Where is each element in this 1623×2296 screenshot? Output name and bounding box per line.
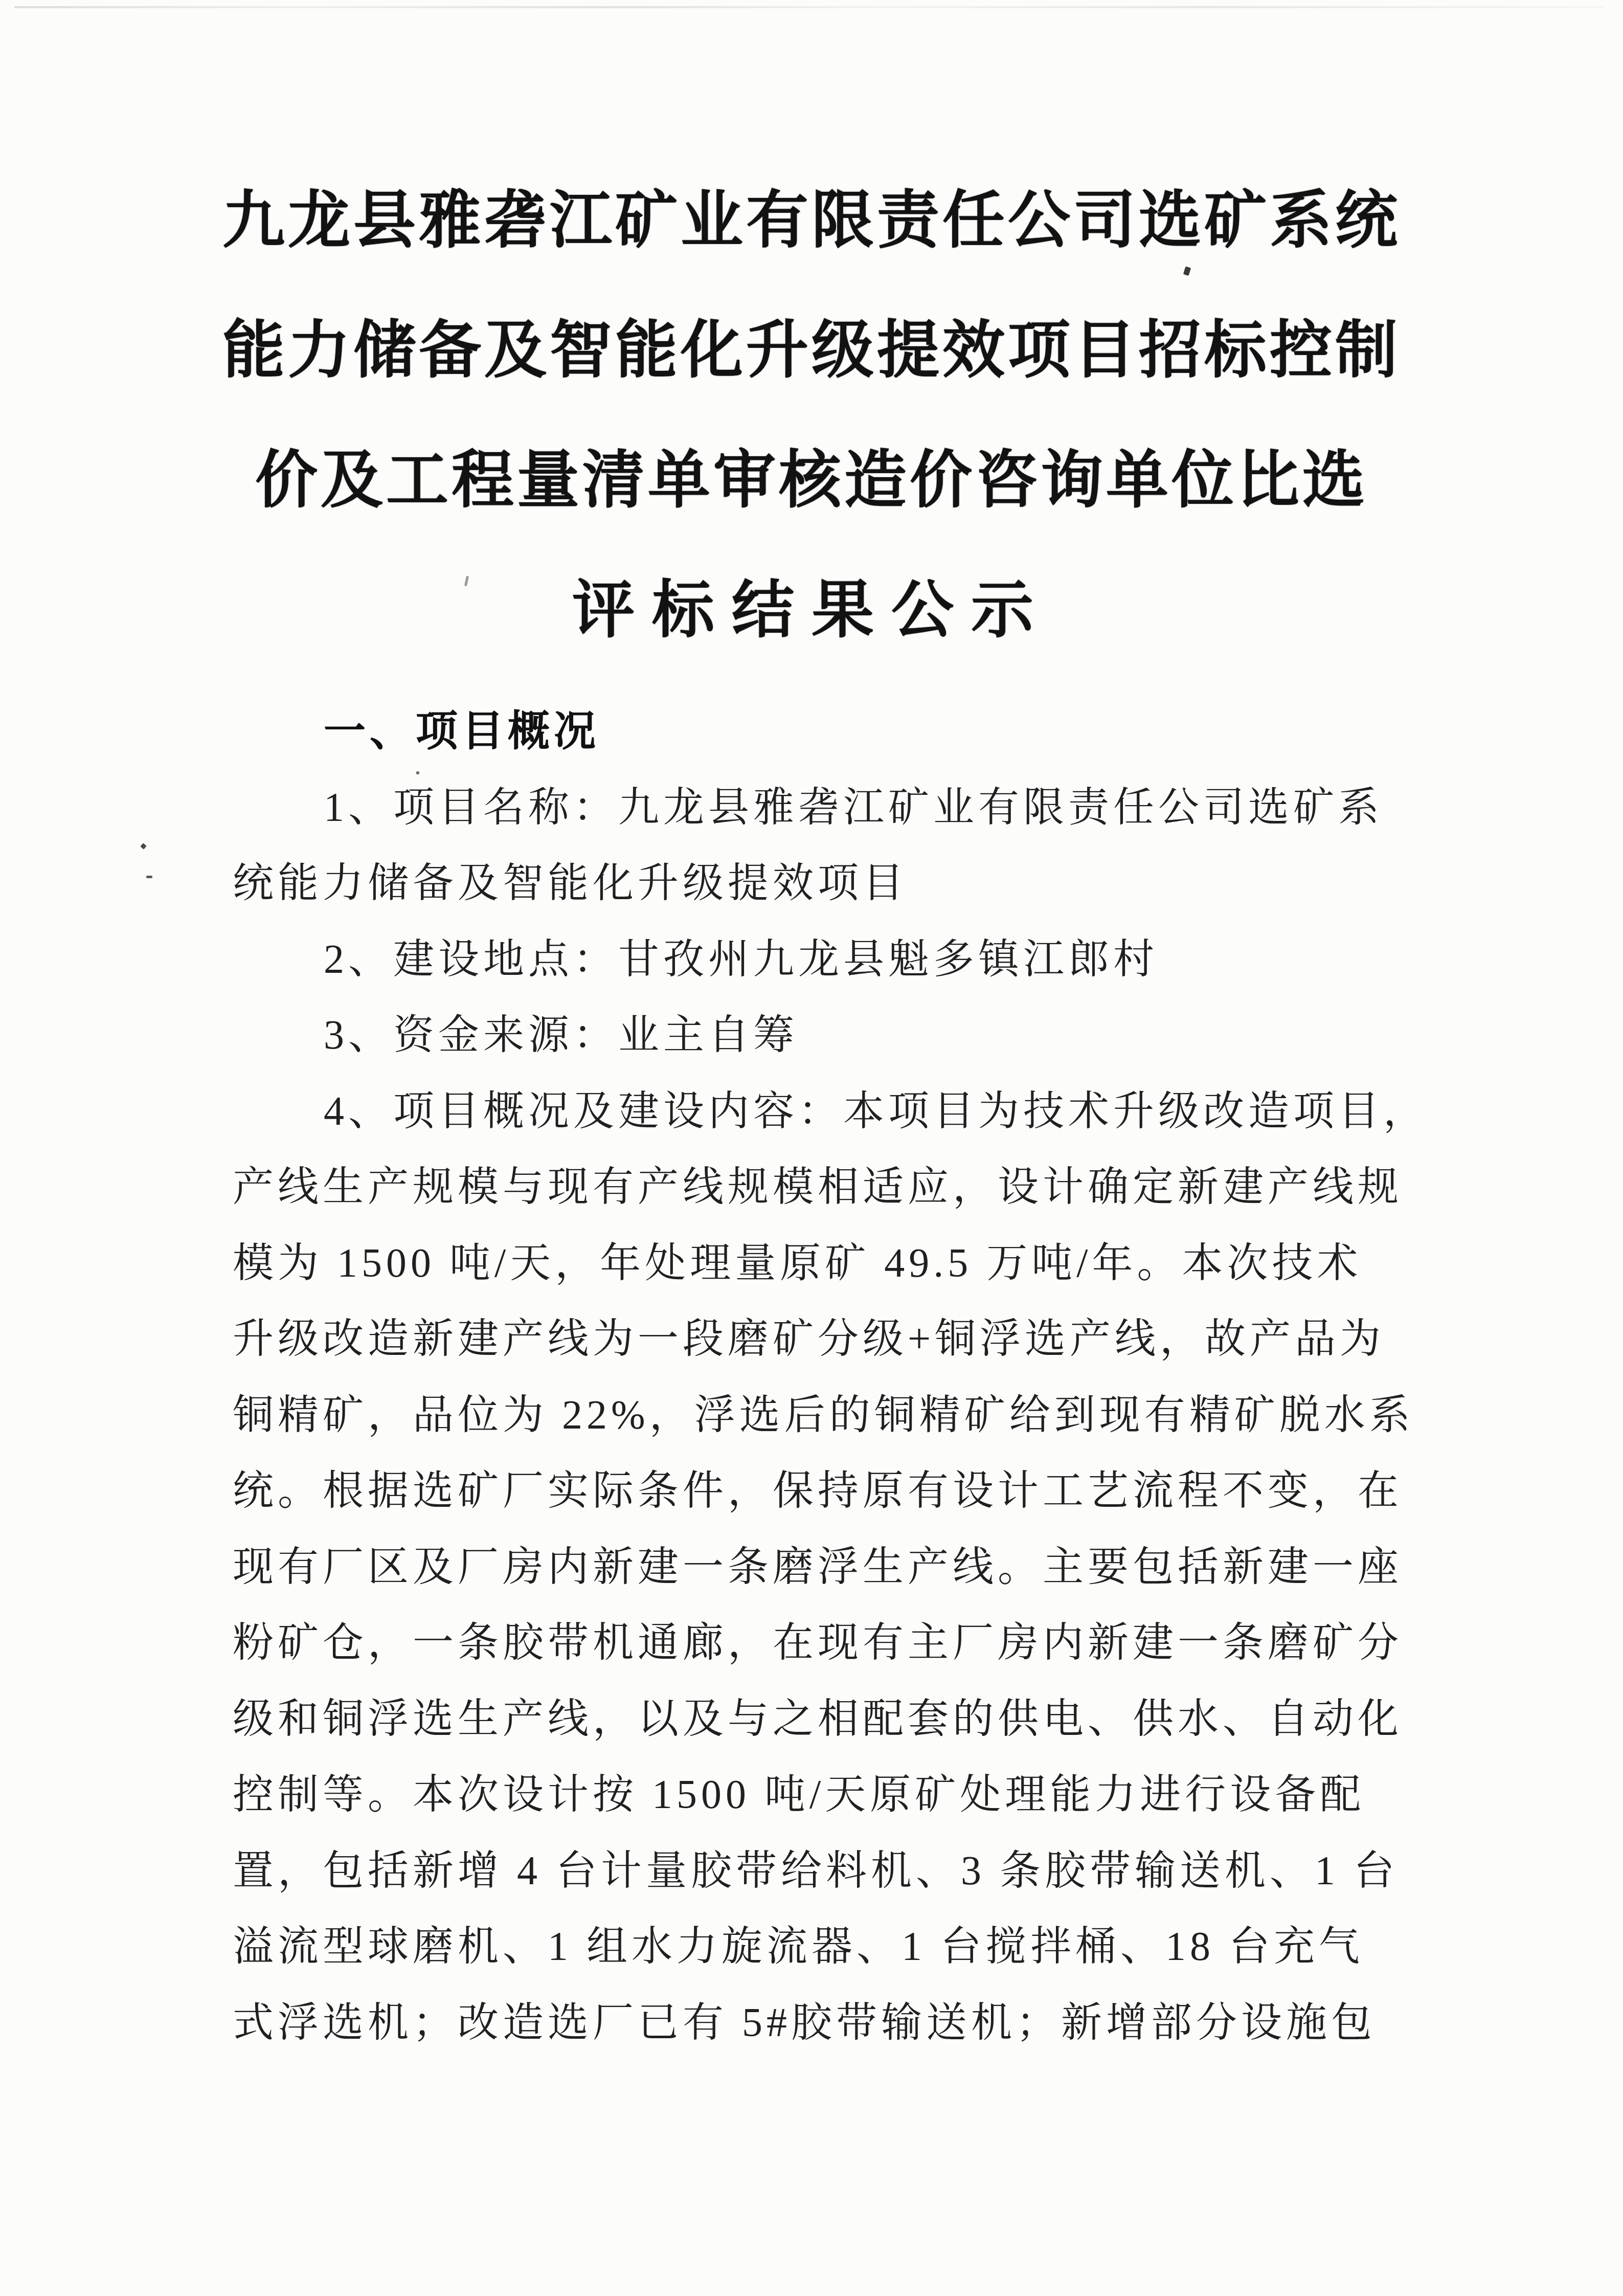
body-line: 现有厂区及厂房内新建一条磨浮生产线。主要包括新建一座	[233, 1529, 1470, 1606]
document-title-line-1: 九龙县雅砻江矿业有限责任公司选矿系统	[0, 187, 1623, 255]
body-line: 置，包括新增 4 台计量胶带给料机、3 条胶带输送机、1 台	[233, 1833, 1470, 1909]
document-title-line-4: 评标结果公示	[0, 577, 1623, 644]
body-line: 模为 1500 吨/天，年处理量原矿 49.5 万吨/年。本次技术	[233, 1225, 1470, 1302]
body-line-funding-source: 3、资金来源：业主自筹	[233, 997, 1470, 1074]
body-line: 升级改造新建产线为一段磨矿分级+铜浮选产线，故产品为	[233, 1301, 1470, 1377]
document-body: 一、项目概况 1、项目名称：九龙县雅砻江矿业有限责任公司选矿系 统能力储备及智能…	[233, 694, 1470, 2061]
scan-edge-artifact	[14, 6, 1605, 8]
body-line: 溢流型球磨机、1 组水力旋流器、1 台搅拌桶、18 台充气	[233, 1909, 1470, 1985]
document-title-line-2: 能力储备及智能化升级提效项目招标控制	[0, 317, 1623, 385]
body-line-project-name: 1、项目名称：九龙县雅砻江矿业有限责任公司选矿系	[233, 770, 1470, 846]
body-line: 铜精矿，品位为 22%，浮选后的铜精矿给到现有精矿脱水系	[233, 1377, 1470, 1454]
body-line: 级和铜浮选生产线，以及与之相配套的供电、供水、自动化	[233, 1681, 1470, 1757]
body-line: 统。根据选矿厂实际条件，保持原有设计工艺流程不变，在	[233, 1453, 1470, 1529]
scan-speck	[146, 876, 152, 878]
scanned-document-page: 九龙县雅砻江矿业有限责任公司选矿系统 能力储备及智能化升级提效项目招标控制 价及…	[0, 0, 1623, 2296]
document-title-line-3: 价及工程量清单审核造价咨询单位比选	[0, 447, 1623, 515]
body-line-construction-site: 2、建设地点：甘孜州九龙县魁多镇江郎村	[233, 922, 1470, 998]
scan-speck	[140, 843, 147, 850]
body-line: 控制等。本次设计按 1500 吨/天原矿处理能力进行设备配	[233, 1757, 1470, 1833]
body-line: 式浮选机；改造选厂已有 5#胶带输送机；新增部分设施包	[233, 1985, 1470, 2061]
body-line: 粉矿仓，一条胶带机通廊，在现有主厂房内新建一条磨矿分	[233, 1605, 1470, 1681]
body-line: 统能力储备及智能化升级提效项目	[233, 845, 1470, 922]
section-heading: 一、项目概况	[233, 694, 1470, 770]
body-line: 产线生产规模与现有产线规模相适应，设计确定新建产线规	[233, 1149, 1470, 1225]
body-line-overview: 4、项目概况及建设内容：本项目为技术升级改造项目，	[233, 1074, 1470, 1150]
scan-speck	[1183, 266, 1191, 276]
